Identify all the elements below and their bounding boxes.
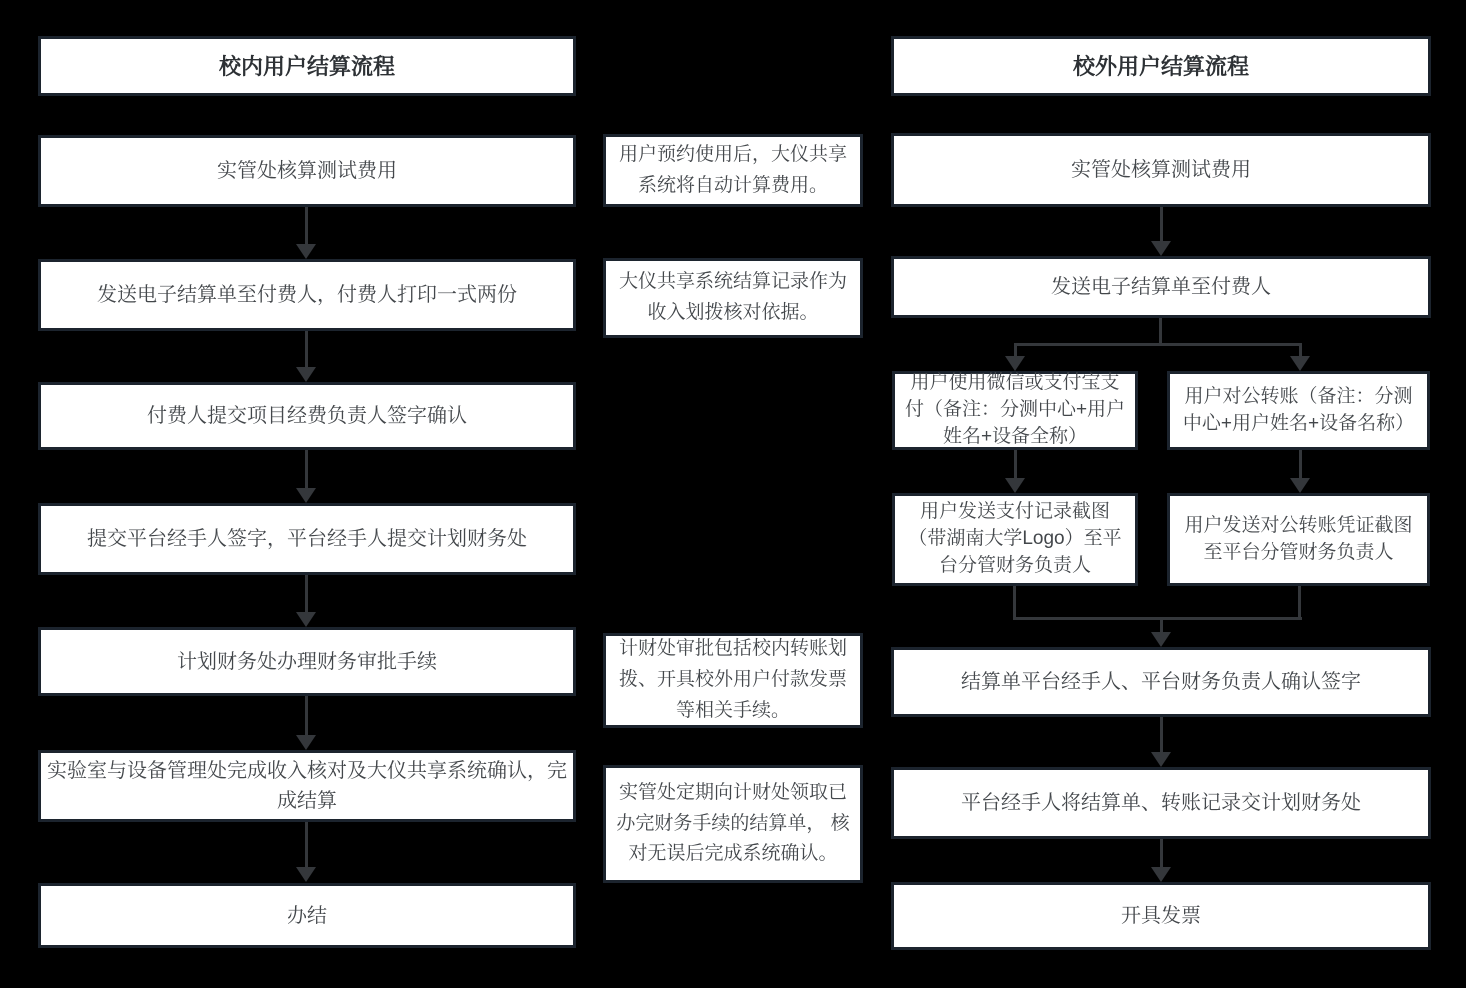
split-connector-bar: [1014, 343, 1302, 346]
right-flow-title: 校外用户结算流程: [891, 36, 1431, 96]
left-flow-step-payer-sign: 付费人提交项目经费负责人签字确认: [38, 382, 576, 450]
right-flow-step-submit-finance: 平台经手人将结算单、转账记录交计划财务处: [891, 767, 1431, 839]
left-flow-step-send-bill: 发送电子结算单至付费人，付费人打印一式两份: [38, 259, 576, 331]
left-flow-step-handler-sign: 提交平台经手人签字，平台经手人提交计划财务处: [38, 503, 576, 575]
right-branch-bank-transfer: 用户对公转账（备注：分测中心+用户姓名+设备名称）: [1167, 371, 1430, 450]
down-arrow: [296, 822, 316, 882]
annotation-settlement-record: 大仪共享系统结算记录作为收入划拨核对依据。: [603, 258, 863, 338]
down-arrow: [1151, 618, 1171, 647]
merge-connector-right: [1298, 586, 1301, 620]
left-flow-step-accounting: 实管处核算测试费用: [38, 135, 576, 207]
down-arrow: [1005, 450, 1025, 493]
flowchart-canvas: 校内用户结算流程 实管处核算测试费用 发送电子结算单至付费人，付费人打印一式两份…: [0, 0, 1466, 988]
merge-connector-left: [1013, 586, 1016, 620]
down-arrow: [296, 696, 316, 750]
down-arrow: [1151, 207, 1171, 256]
down-arrow: [1151, 839, 1171, 882]
right-branch-transfer-voucher: 用户发送对公转账凭证截图至平台分管财务负责人: [1167, 493, 1430, 586]
left-flow-step-finance-approval: 计划财务处办理财务审批手续: [38, 627, 576, 696]
down-arrow: [1290, 450, 1310, 493]
left-flow-title: 校内用户结算流程: [38, 36, 576, 96]
right-flow-step-send-bill: 发送电子结算单至付费人: [891, 256, 1431, 318]
down-arrow: [296, 207, 316, 259]
right-flow-step-confirm-sign: 结算单平台经手人、平台财务负责人确认签字: [891, 647, 1431, 717]
down-arrow: [1151, 717, 1171, 767]
down-arrow: [296, 575, 316, 627]
right-branch-payment-screenshot: 用户发送支付记录截图（带湖南大学Logo）至平台分管财务负责人: [892, 493, 1138, 586]
down-arrow: [296, 450, 316, 503]
down-arrow: [1290, 346, 1310, 371]
down-arrow: [296, 331, 316, 382]
down-arrow: [1005, 346, 1025, 371]
right-branch-wechat-alipay: 用户使用微信或支付宝支付（备注：分测中心+用户姓名+设备全称）: [892, 371, 1138, 450]
left-flow-step-income-check: 实验室与设备管理处完成收入核对及大仪共享系统确认，完成结算: [38, 750, 576, 822]
annotation-finance-approval-scope: 计财处审批包括校内转账划拨、开具校外用户付款发票等相关手续。: [603, 633, 863, 728]
split-connector-stem: [1159, 318, 1162, 346]
annotation-auto-fee: 用户预约使用后，大仪共享系统将自动计算费用。: [603, 134, 863, 207]
left-flow-step-complete: 办结: [38, 883, 576, 948]
annotation-periodic-collection: 实管处定期向计财处领取已办完财务手续的结算单， 核对无误后完成系统确认。: [603, 765, 863, 883]
right-flow-step-invoice: 开具发票: [891, 882, 1431, 950]
right-flow-step-accounting: 实管处核算测试费用: [891, 133, 1431, 207]
